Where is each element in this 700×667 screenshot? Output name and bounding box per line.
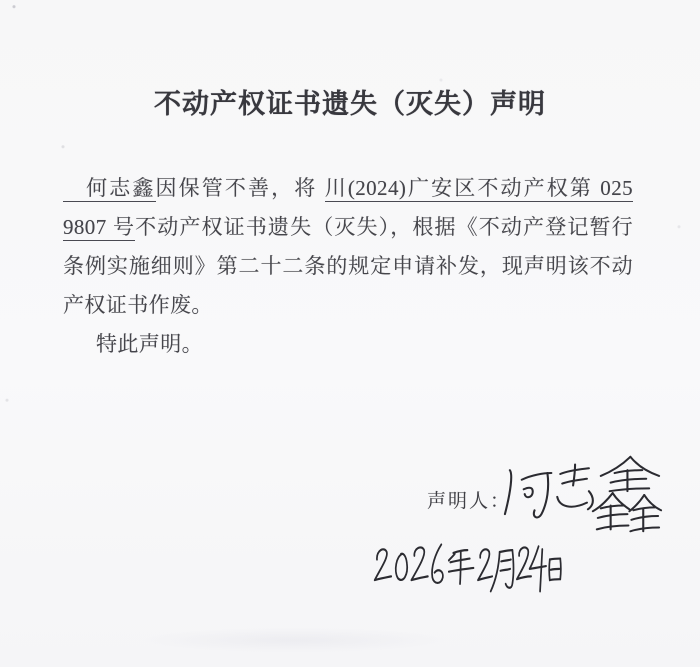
certificate-number-part2-underlined: 9807 号	[63, 215, 135, 241]
body-line-2: 9807 号不动产权证书遗失（灭失），根据《不动产登记暂行	[63, 208, 633, 247]
document-body: 何志鑫因保管不善，将 川(2024)广安区不动产权第 025 9807 号不动产…	[63, 169, 633, 364]
scanned-declaration-document: 不动产权证书遗失（灭失）声明 何志鑫因保管不善，将 川(2024)广安区不动产权…	[0, 0, 700, 667]
body-text-2: 不动产权证书遗失（灭失），根据《不动产登记暂行	[135, 215, 633, 239]
body-text-1: 因保管不善，将	[156, 176, 325, 200]
date-handwriting	[368, 537, 564, 597]
closing-statement: 特此声明。	[63, 325, 633, 364]
body-line-4: 产权证书作废。	[63, 286, 633, 325]
body-line-1: 何志鑫因保管不善，将 川(2024)广安区不动产权第 025	[63, 169, 633, 208]
body-line-3: 条例实施细则》第二十二条的规定申请补发，现声明该不动	[63, 247, 633, 286]
certificate-number-part1-underlined: 川(2024)广安区不动产权第 025	[325, 176, 633, 202]
declarant-name-underlined: 何志鑫	[63, 176, 156, 202]
document-title: 不动产权证书遗失（灭失）声明	[0, 82, 700, 121]
signature-handwriting	[498, 453, 664, 537]
